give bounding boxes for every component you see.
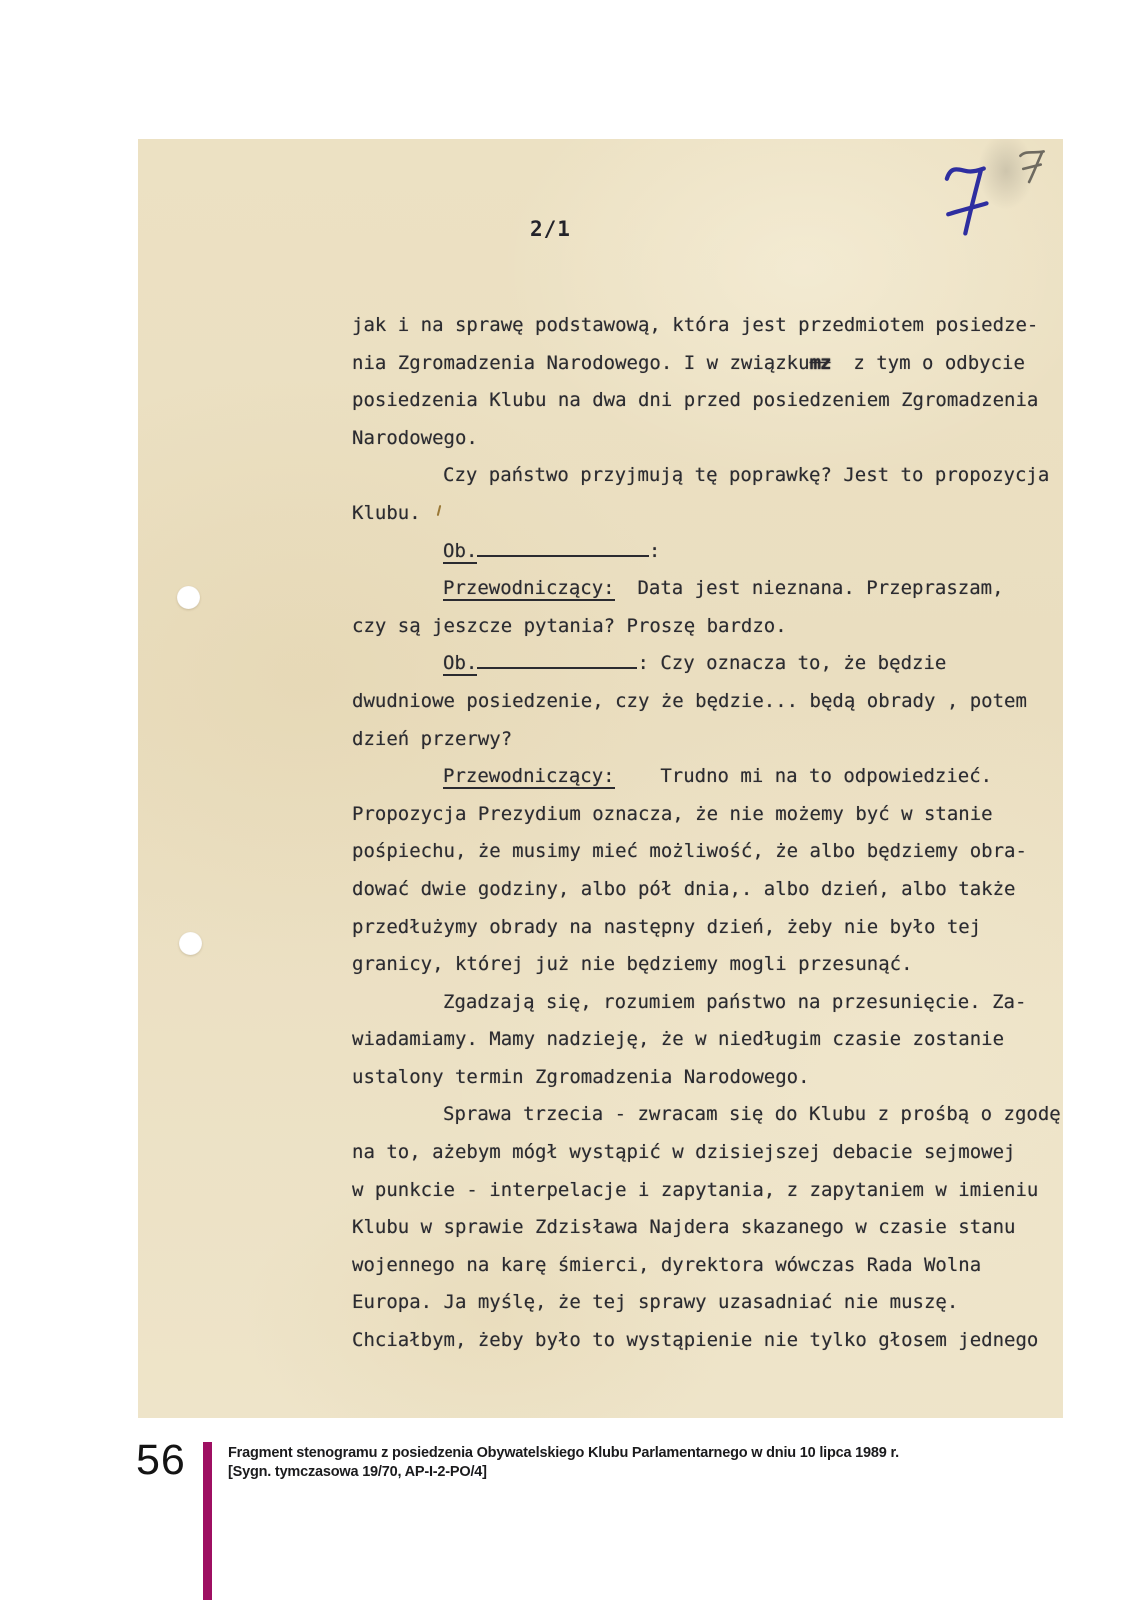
- footer-caption-line1: Fragment stenogramu z posiedzenia Obywat…: [228, 1444, 948, 1463]
- typed-line: jak i na sprawę podstawową, która jest p…: [352, 307, 1064, 345]
- typed-line: wiadamiamy. Mamy nadzieję, że w niedługi…: [352, 1021, 1064, 1059]
- typed-line: Europa. Ja myślę, że tej sprawy uzasadni…: [352, 1284, 1064, 1322]
- typed-line: dować dwie godziny, albo pół dnia,. albo…: [352, 871, 1064, 909]
- typed-line: Przewodniczący: Trudno mi na to odpowied…: [352, 758, 1064, 796]
- typed-line: nia Zgromadzenia Narodowego. I w związku…: [352, 345, 1064, 383]
- typed-line: dwudniowe posiedzenie, czy że będzie... …: [352, 683, 1064, 721]
- typed-line: na to, ażebym mógł wystąpić w dzisiejsze…: [352, 1134, 1064, 1172]
- typed-line: w punkcie - interpelacje i zapytania, z …: [352, 1172, 1064, 1210]
- typed-line: pośpiechu, że musimy mieć możliwość, że …: [352, 833, 1064, 871]
- typed-line: wojennego na karę śmierci, dyrektora wów…: [352, 1247, 1064, 1285]
- footer-page-number: 56: [136, 1436, 186, 1485]
- typed-line: Ob.:: [352, 533, 1064, 571]
- typed-line: ustalony termin Zgromadzenia Narodowego.: [352, 1059, 1064, 1097]
- footer-caption: Fragment stenogramu z posiedzenia Obywat…: [228, 1444, 948, 1481]
- page-label: 2/1: [530, 217, 571, 241]
- hole-punch-bottom: [179, 932, 202, 955]
- typed-line: Narodowego.: [352, 420, 1064, 458]
- hole-punch-top: [177, 586, 200, 609]
- handwritten-seven-blue-icon: [938, 161, 994, 243]
- typed-line: Przewodniczący: Data jest nieznana. Prze…: [352, 570, 1064, 608]
- typed-line: Zgadzają się, rozumiem państwo na przesu…: [352, 984, 1064, 1022]
- footer-accent-bar: [203, 1442, 212, 1600]
- typed-line: dzień przerwy?: [352, 721, 1064, 759]
- typed-line: Klubu.: [352, 495, 1064, 533]
- typed-line: Chciałbym, żeby było to wystąpienie nie …: [352, 1322, 1064, 1360]
- scanned-document-paper: 2/1 jak i na sprawę podstawową, która je…: [138, 139, 1063, 1418]
- typed-line: posiedzenia Klubu na dwa dni przed posie…: [352, 382, 1064, 420]
- typed-line: granicy, której już nie będziemy mogli p…: [352, 946, 1064, 984]
- typed-line: czy są jeszcze pytania? Proszę bardzo.: [352, 608, 1064, 646]
- page: { "scan": { "page_label": "2/1", "colors…: [0, 0, 1131, 1600]
- typed-line: przedłużymy obrady na następny dzień, że…: [352, 909, 1064, 947]
- typed-line: Ob.: Czy oznacza to, że będzie: [352, 645, 1064, 683]
- typewritten-text: jak i na sprawę podstawową, która jest p…: [352, 307, 1064, 1360]
- typed-line: Sprawa trzecia - zwracam się do Klubu z …: [352, 1096, 1064, 1134]
- handwritten-seven-pencil-icon: [1016, 147, 1048, 185]
- typed-line: Czy państwo przyjmują tę poprawkę? Jest …: [352, 457, 1064, 495]
- typed-line: Klubu w sprawie Zdzisława Najdera skazan…: [352, 1209, 1064, 1247]
- footer-caption-line2: [Sygn. tymczasowa 19/70, AP-I-2-PO/4]: [228, 1463, 948, 1482]
- typed-line: Propozycja Prezydium oznacza, że nie moż…: [352, 796, 1064, 834]
